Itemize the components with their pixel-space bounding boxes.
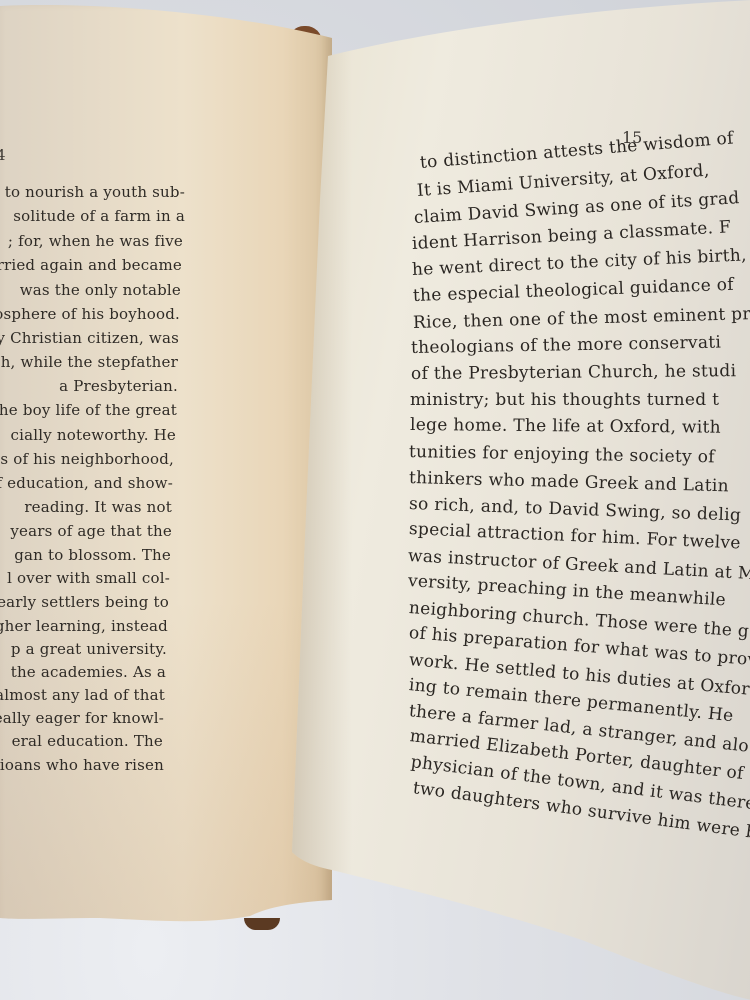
text-line: to nourish a youth sub- — [5, 183, 185, 201]
text-line: Rice, then one of the most eminent pr — [413, 304, 750, 333]
text-line: rried again and became — [0, 256, 182, 274]
text-line: ly Christian citizen, was — [0, 329, 179, 347]
text-line: cially noteworthy. He — [11, 426, 176, 444]
text-line: ministry; but his thoughts turned t — [410, 390, 719, 410]
text-line: reading. It was not — [24, 498, 172, 516]
text-line: rch, while the stepfather — [0, 353, 178, 371]
text-line: almost any lad of that — [0, 686, 165, 704]
left-page-number: 4 — [0, 146, 6, 164]
text-line: p a great university. — [11, 640, 167, 658]
text-line: solitude of a farm in a — [13, 207, 185, 225]
text-line: l over with small col- — [7, 569, 170, 587]
text-line: early settlers being to — [0, 593, 169, 611]
text-line: the especial theological guidance of — [413, 275, 735, 306]
text-line: ls of his neighborhood, — [0, 450, 174, 468]
text-line: of the Presbyterian Church, he studi — [411, 361, 736, 384]
text-line: the academies. As a — [11, 663, 166, 681]
text-line: of education, and show- — [0, 474, 173, 492]
text-line: theologians of the more conservati — [411, 333, 722, 358]
text-line: a Presbyterian. — [59, 377, 178, 395]
text-line: years of age that the — [10, 522, 172, 540]
right-page: 15 to distinction attests the wisdom ofI… — [292, 0, 750, 1000]
text-line: higher learning, instead — [0, 617, 168, 635]
left-page: 4 to nourish a youth sub-solitude of a f… — [0, 0, 332, 1000]
text-line: gan to blossom. The — [14, 546, 171, 564]
text-line: really eager for knowl- — [0, 709, 164, 727]
text-line: ; for, when he was five — [8, 232, 183, 250]
text-line: lege home. The life at Oxford, with — [410, 415, 721, 438]
text-line: tunities for enjoying the society of — [409, 442, 715, 467]
text-line: the boy life of the great — [0, 401, 177, 419]
text-line: thinkers who made Greek and Latin — [409, 468, 729, 496]
text-line: was the only notable — [20, 281, 181, 299]
text-line: nosphere of his boyhood. — [0, 305, 180, 323]
text-line: eral education. The — [12, 732, 163, 750]
text-line: hioans who have risen — [0, 756, 164, 774]
